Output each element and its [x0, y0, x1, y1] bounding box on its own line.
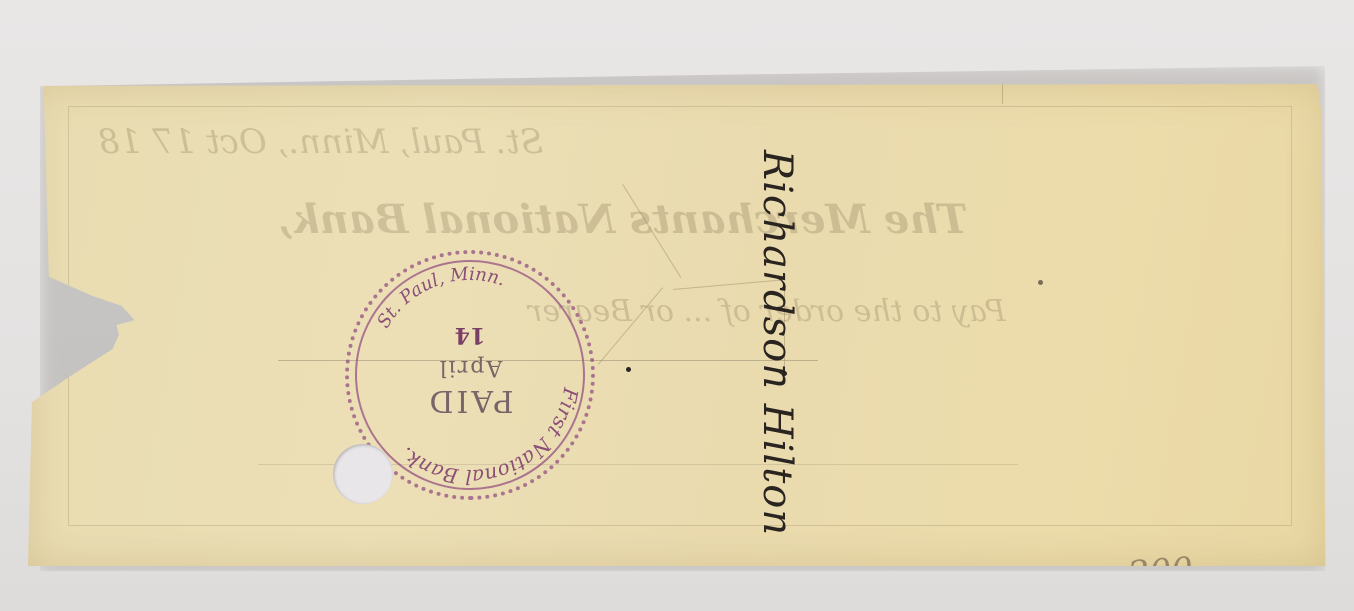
cancellation-punch-hole: [333, 444, 393, 504]
bleed-through-amount: 200: [1127, 550, 1195, 594]
endorsement-signature: Richardson Hilton: [740, 150, 800, 570]
stamp-day: 14: [345, 322, 595, 348]
stamp-month: April: [345, 355, 595, 380]
ink-dot: [626, 367, 631, 372]
stamp-status: PAID: [345, 383, 595, 418]
ink-dot: [1038, 280, 1043, 285]
check-paper: St. Paul, Minn., Oct 17 18 The Merchants…: [28, 84, 1328, 566]
paper-crease: [1002, 84, 1003, 104]
bleed-through-date-line: St. Paul, Minn., Oct 17 18: [98, 122, 543, 162]
bleed-through-bank-name: The Merchants National Bank,: [278, 196, 968, 243]
